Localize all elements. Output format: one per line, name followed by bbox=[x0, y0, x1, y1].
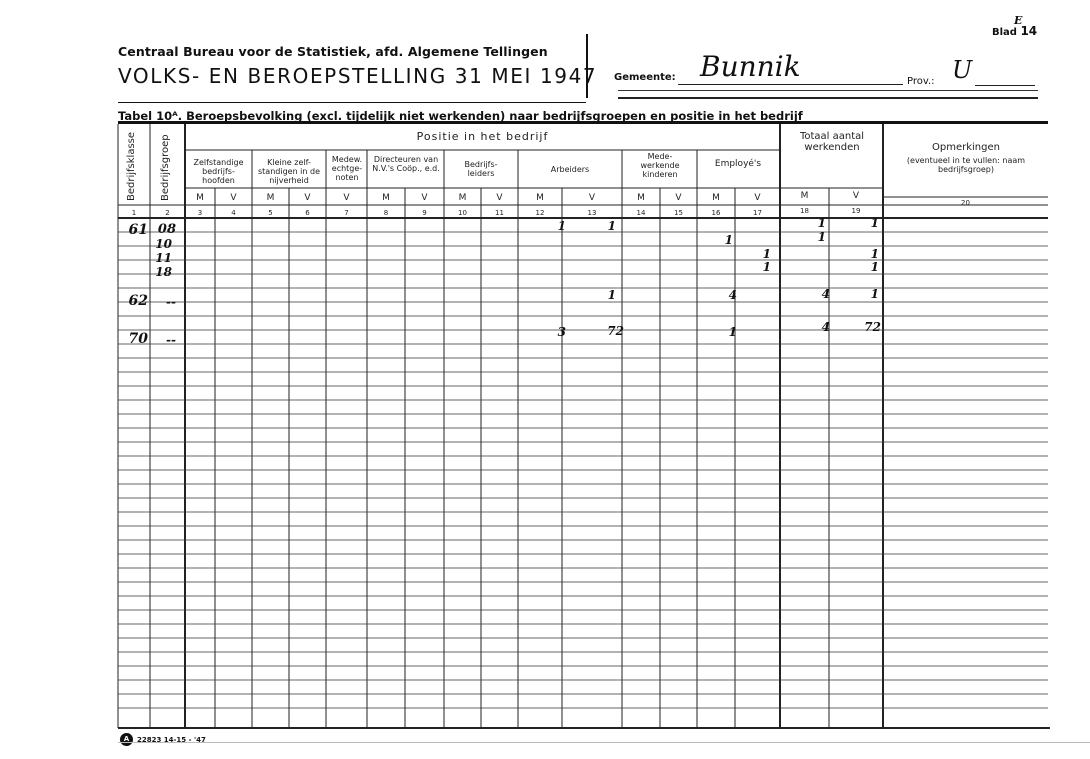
colnum-9: 9 bbox=[405, 209, 444, 217]
cell-klasse[interactable]: 70 bbox=[120, 331, 148, 347]
colnum-18: 18 bbox=[780, 207, 829, 215]
sub-11: V bbox=[481, 193, 518, 203]
cell-employes-m[interactable]: 4 bbox=[697, 288, 737, 302]
colnum-6: 6 bbox=[289, 209, 326, 217]
colnum-14: 14 bbox=[622, 209, 660, 217]
cell-totaal-m[interactable]: 1 bbox=[780, 230, 826, 244]
colnum-5: 5 bbox=[252, 209, 289, 217]
printer-logo-icon: A bbox=[120, 733, 133, 746]
cell-employes-m[interactable]: 1 bbox=[697, 325, 737, 339]
sub-13: V bbox=[562, 193, 622, 203]
colnum-7: 7 bbox=[326, 209, 367, 217]
colnum-20: 20 bbox=[883, 199, 1048, 207]
colnum-16: 16 bbox=[697, 209, 735, 217]
header-opmerkingen-sub: (eventueel in te vullen: naam bedrijfsgr… bbox=[900, 156, 1032, 174]
sub-12: M bbox=[518, 193, 562, 203]
colnum-11: 11 bbox=[481, 209, 518, 217]
cell-arbeiders-m[interactable]: 1 bbox=[518, 219, 566, 233]
sub-16: M bbox=[697, 193, 735, 203]
cell-totaal-v[interactable]: 1 bbox=[829, 260, 879, 274]
colnum-2: 2 bbox=[150, 209, 185, 217]
cell-employes-v[interactable]: 1 bbox=[735, 247, 771, 261]
sub-10: M bbox=[444, 193, 481, 203]
header-opmerkingen: Opmerkingen bbox=[888, 143, 1044, 152]
cell-totaal-v[interactable]: 1 bbox=[829, 247, 879, 261]
table-grid bbox=[0, 0, 1090, 759]
colnum-19: 19 bbox=[829, 207, 883, 215]
cell-groep[interactable]: 10 bbox=[150, 237, 172, 251]
cell-totaal-v[interactable]: 1 bbox=[829, 287, 879, 301]
sub-17: V bbox=[735, 193, 780, 203]
sub-7: V bbox=[326, 193, 367, 203]
colnum-3: 3 bbox=[185, 209, 215, 217]
sub-15: V bbox=[660, 193, 697, 203]
cell-employes-v[interactable]: 1 bbox=[735, 260, 771, 274]
cell-groep[interactable]: 18 bbox=[150, 265, 172, 279]
header-bedrijfsleiders: Bedrijfs- leiders bbox=[450, 160, 512, 178]
header-medew-echtgenoten: Medew. echtge- noten bbox=[328, 155, 366, 182]
cell-arbeiders-v[interactable]: 1 bbox=[562, 219, 616, 233]
cell-totaal-m[interactable]: 4 bbox=[780, 287, 830, 301]
sub-8: M bbox=[367, 193, 405, 203]
cell-arbeiders-m[interactable]: 3 bbox=[518, 325, 566, 339]
cell-arbeiders-v[interactable]: 72 bbox=[562, 324, 624, 338]
sub-18: M bbox=[780, 191, 829, 201]
header-bedrijfsklasse: Bedrijfsklasse bbox=[126, 135, 137, 201]
header-kleine-zelfstandigen: Kleine zelf- standigen in de nijverheid bbox=[256, 158, 322, 185]
cell-groep[interactable]: 08 bbox=[150, 222, 176, 237]
colnum-13: 13 bbox=[562, 209, 622, 217]
cell-totaal-v[interactable]: 72 bbox=[829, 320, 881, 334]
header-positie: Positie in het bedrijf bbox=[185, 132, 780, 141]
header-medewerkende-kinderen: Mede- werkende kinderen bbox=[628, 152, 692, 179]
cell-totaal-m[interactable]: 1 bbox=[780, 216, 826, 230]
sub-3: M bbox=[185, 193, 215, 203]
sub-14: M bbox=[622, 193, 660, 203]
sub-19: V bbox=[829, 191, 883, 201]
header-employes: Employé's bbox=[700, 160, 776, 169]
sub-4: V bbox=[215, 193, 252, 203]
header-zelfstandige: Zelfstandige bedrijfs- hoofden bbox=[190, 158, 247, 185]
header-arbeiders: Arbeiders bbox=[518, 165, 622, 174]
colnum-12: 12 bbox=[518, 209, 562, 217]
cell-groep[interactable]: -- bbox=[150, 333, 176, 347]
colnum-4: 4 bbox=[215, 209, 252, 217]
cell-arbeiders-v[interactable]: 1 bbox=[562, 288, 616, 302]
cell-groep[interactable]: -- bbox=[150, 295, 176, 309]
cell-klasse[interactable]: 62 bbox=[120, 293, 148, 309]
cell-totaal-m[interactable]: 4 bbox=[780, 320, 830, 334]
cell-groep[interactable]: 11 bbox=[150, 251, 172, 265]
sub-9: V bbox=[405, 193, 444, 203]
colnum-10: 10 bbox=[444, 209, 481, 217]
header-totaal: Totaal aantal werkenden bbox=[790, 131, 874, 153]
sub-5: M bbox=[252, 193, 289, 203]
colnum-1: 1 bbox=[118, 209, 150, 217]
header-directeuren: Directeuren van N.V.'s Coöp., e.d. bbox=[370, 155, 442, 173]
cell-totaal-v[interactable]: 1 bbox=[829, 216, 879, 230]
colnum-8: 8 bbox=[367, 209, 405, 217]
header-bedrijfsgroep: Bedrijfsgroep bbox=[160, 135, 171, 201]
sub-6: V bbox=[289, 193, 326, 203]
colnum-17: 17 bbox=[735, 209, 780, 217]
colnum-15: 15 bbox=[660, 209, 697, 217]
page-edge bbox=[118, 742, 1090, 743]
cell-employes-m[interactable]: 1 bbox=[697, 233, 733, 247]
cell-klasse[interactable]: 61 bbox=[120, 222, 148, 238]
